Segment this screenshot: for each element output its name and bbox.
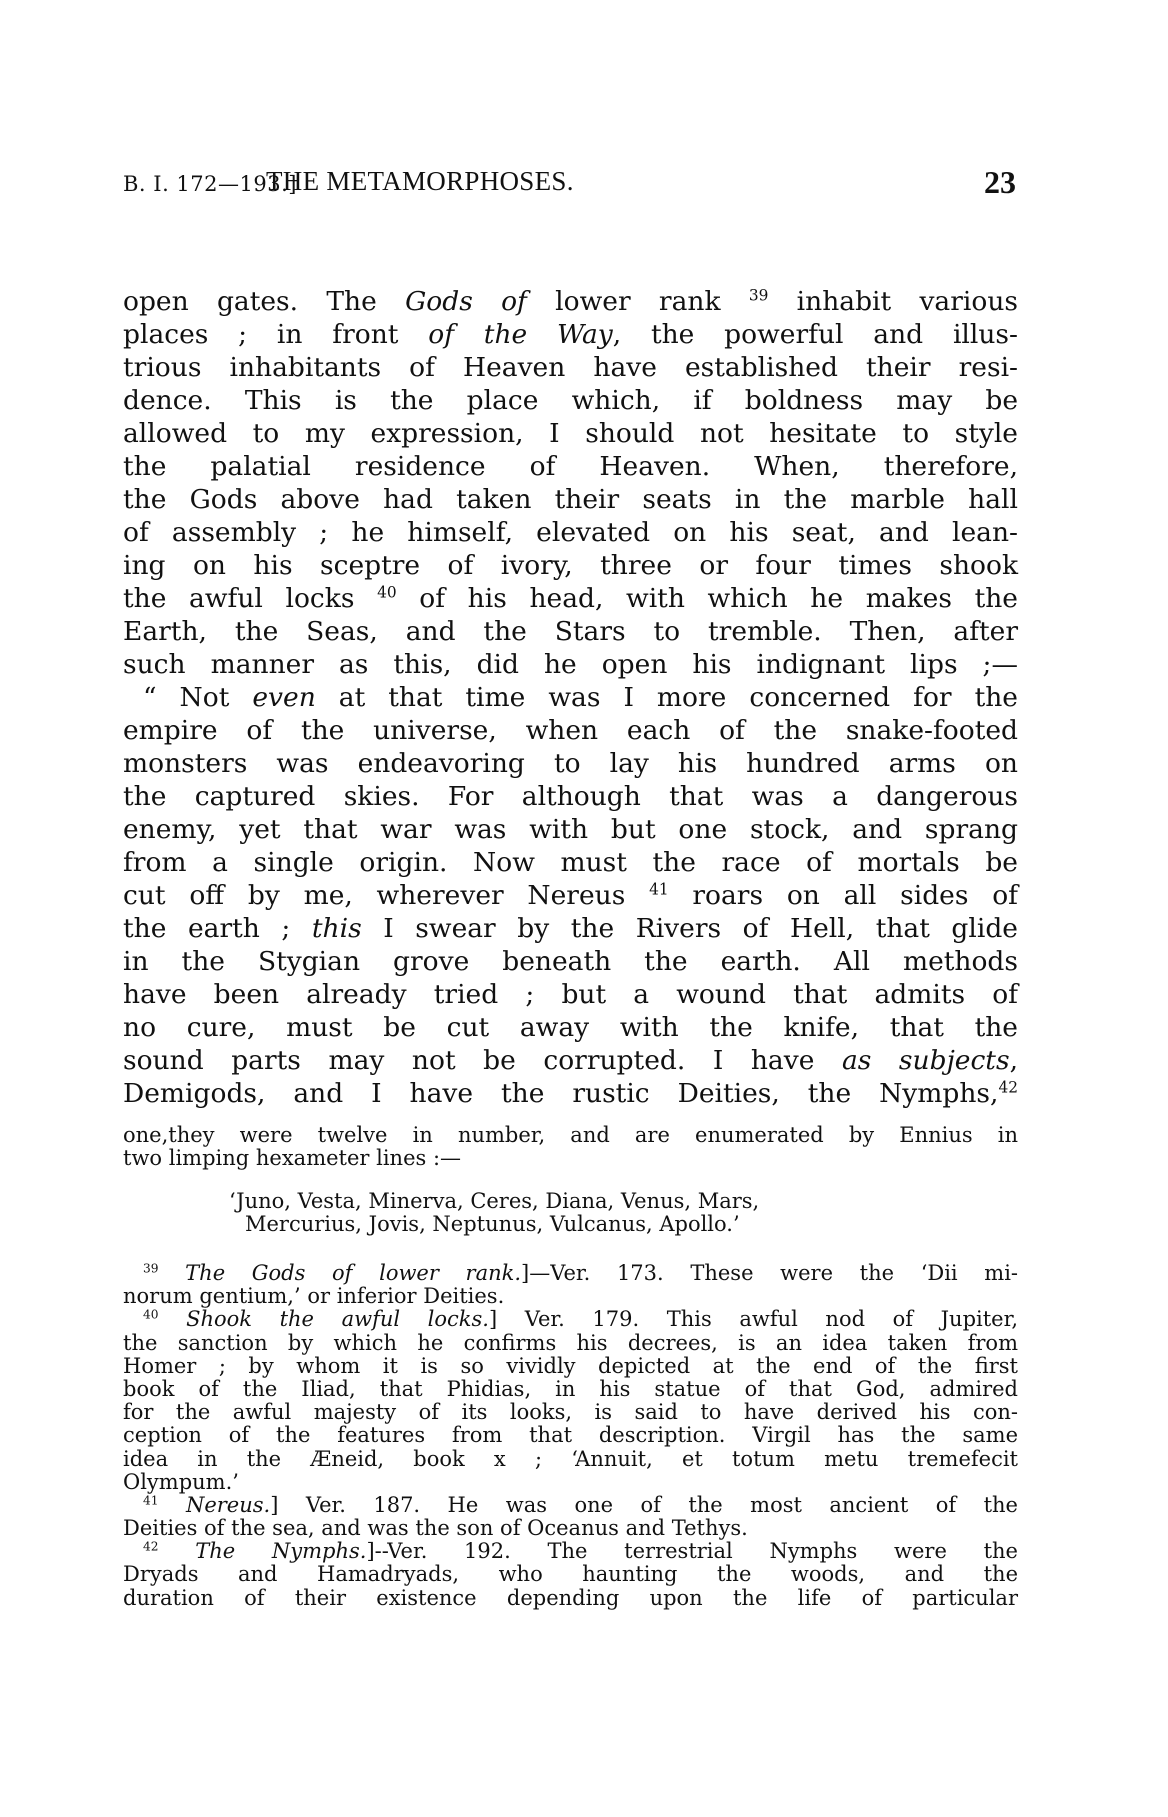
footnote-39: 39 The Gods of lower rank.]—Ver. 173. Th… <box>123 1262 1018 1308</box>
text-run: the Gods above had taken their seats in … <box>123 484 1018 515</box>
text-run: of his head, with which he makes the <box>397 583 1018 614</box>
footnote-line: the sanction by which he confirms his de… <box>123 1332 1018 1355</box>
text-run: at that time was I more concerned for th… <box>316 682 1018 713</box>
italic-text: Nereus. <box>186 1493 270 1517</box>
text-run: inhabit various <box>768 286 1018 317</box>
text-line: Demigods, and I have the rustic Deities,… <box>123 1077 1018 1110</box>
text-run: I swear by the Rivers of Hell, that glid… <box>362 913 1018 944</box>
italic-text: even <box>252 682 315 713</box>
main-text: open gates. The Gods of lower rank 39 in… <box>123 285 1018 1110</box>
text-run: roars on all sides of <box>669 880 1018 911</box>
text-run <box>159 1261 186 1285</box>
text-run: duration of their existence depending up… <box>123 1586 1018 1610</box>
text-run: Olympum.’ <box>123 1470 239 1494</box>
text-run <box>159 1539 196 1563</box>
text-line: such manner as this, did he open his ind… <box>123 648 1018 681</box>
footnote-line: Dryads and Hamadryads, who haunting the … <box>123 1563 1018 1586</box>
text-run: in the Stygian grove beneath the earth. … <box>123 946 1018 977</box>
text-run: open gates. The <box>123 286 405 317</box>
footnote-line: Deities of the sea, and was the son of O… <box>123 1517 1018 1540</box>
page-number: 23 <box>984 164 1016 201</box>
footnote-line: ception of the features from that descri… <box>123 1424 1018 1447</box>
text-run: empire of the universe, when each of the… <box>123 715 1018 746</box>
text-run: ]—Ver. 173. These were the ‘Dii mi- <box>521 1261 1018 1285</box>
italic-text: this <box>312 913 362 944</box>
text-line: sound parts may not be corrupted. I have… <box>123 1044 1018 1077</box>
footnote-line: 42 The Nymphs.]--Ver. 192. The terrestri… <box>123 1540 1018 1563</box>
text-run: Deities of the sea, and was the son of O… <box>123 1516 748 1540</box>
footnote-continuation-line: two limping hexameter lines :— <box>123 1147 1018 1170</box>
text-line: empire of the universe, when each of the… <box>123 714 1018 747</box>
text-run: the earth ; <box>123 913 312 944</box>
footnote-marker: 39 <box>143 1261 159 1275</box>
text-run: ]--Ver. 192. The terrestrial Nymphs were… <box>366 1539 1018 1563</box>
text-line: have been already tried ; but a wound th… <box>123 978 1018 1011</box>
footnote-line: 40 Shook the awful locks.] Ver. 179. Thi… <box>123 1308 1018 1331</box>
text-line: the Gods above had taken their seats in … <box>123 483 1018 516</box>
footnote-marker: 40 <box>377 583 397 601</box>
text-line: allowed to my expression, I should not h… <box>123 417 1018 450</box>
footnote-line: 41 Nereus.] Ver. 187. He was one of the … <box>123 1494 1018 1517</box>
text-run: idea in the Æneid, book x ; ‘Annuit, et … <box>123 1447 1018 1471</box>
footnote-marker: 41 <box>649 880 669 898</box>
running-title: THE METAMORPHOSES. <box>266 166 574 197</box>
text-run: have been already tried ; but a wound th… <box>123 979 1018 1010</box>
text-run: the palatial residence of Heaven. When, … <box>123 451 1018 482</box>
text-run: sound parts may not be corrupted. I have <box>123 1045 842 1076</box>
text-line: places ; in front of the Way, the powerf… <box>123 318 1018 351</box>
text-run: for the awful majesty of its looks, is s… <box>123 1400 1018 1424</box>
text-line: the awful locks 40 of his head, with whi… <box>123 582 1018 615</box>
text-run: the awful locks <box>123 583 377 614</box>
text-run: book of the Iliad, that Phidias, in his … <box>123 1377 1018 1401</box>
text-run: ing on his sceptre of ivory, three or fo… <box>123 550 1018 581</box>
footnote-marker: 42 <box>998 1078 1018 1096</box>
italic-text: The Gods of lower rank. <box>185 1261 521 1285</box>
text-line: ing on his sceptre of ivory, three or fo… <box>123 549 1018 582</box>
text-run: from a single origin. Now must the race … <box>123 847 1018 878</box>
text-line: Earth, the Seas, and the Stars to trembl… <box>123 615 1018 648</box>
text-run: lower rank <box>527 286 749 317</box>
text-line: monsters was endeavoring to lay his hund… <box>123 747 1018 780</box>
text-run: enemy, yet that war was with but one sto… <box>123 814 1018 845</box>
footnote-41: 41 Nereus.] Ver. 187. He was one of the … <box>123 1494 1018 1540</box>
footnote-marker: 42 <box>143 1540 159 1554</box>
verse-line: Mercurius, Jovis, Neptunus, Vulcanus, Ap… <box>229 1213 949 1236</box>
footnote-continuation-line: one,they were twelve in number, and are … <box>123 1124 1018 1147</box>
quoted-verse: ‘Juno, Vesta, Minerva, Ceres, Diana, Ven… <box>229 1190 949 1236</box>
text-run: such manner as this, did he open his ind… <box>123 649 1018 680</box>
verse-line: ‘Juno, Vesta, Minerva, Ceres, Diana, Ven… <box>229 1190 949 1213</box>
text-line: in the Stygian grove beneath the earth. … <box>123 945 1018 978</box>
text-line: the earth ; this I swear by the Rivers o… <box>123 912 1018 945</box>
italic-text: Shook the awful locks. <box>186 1307 489 1331</box>
text-line: no cure, must be cut away with the knife… <box>123 1011 1018 1044</box>
text-run: no cure, must be cut away with the knife… <box>123 1012 1018 1043</box>
text-line: cut off by me, wherever Nereus 41 roars … <box>123 879 1018 912</box>
text-line: of assembly ; he himself, elevated on hi… <box>123 516 1018 549</box>
text-line: the captured skies. For although that wa… <box>123 780 1018 813</box>
text-line: dence. This is the place which, if boldn… <box>123 384 1018 417</box>
text-line: enemy, yet that war was with but one sto… <box>123 813 1018 846</box>
text-run: of assembly ; he himself, elevated on hi… <box>123 517 1018 548</box>
footnote-line: Olympum.’ <box>123 1471 1018 1494</box>
footnote-continuation: one,they were twelve in number, and are … <box>123 1124 1018 1170</box>
footnote-line: 39 The Gods of lower rank.]—Ver. 173. Th… <box>123 1262 1018 1285</box>
italic-text: The Nymphs. <box>195 1539 366 1563</box>
italic-text: Gods of <box>405 286 527 317</box>
text-line: “ Not even at that time was I more conce… <box>123 681 1018 714</box>
text-run: allowed to my expression, I should not h… <box>123 418 1018 449</box>
text-run: norum gentium,’ or inferior Deities. <box>123 1284 504 1308</box>
footnote-line: idea in the Æneid, book x ; ‘Annuit, et … <box>123 1448 1018 1471</box>
text-run: , <box>1010 1045 1018 1076</box>
text-run: ] Ver. 179. This awful nod of Jupiter, <box>489 1307 1018 1331</box>
text-run: cut off by me, wherever Nereus <box>123 880 649 911</box>
italic-text: of the Way <box>428 319 613 350</box>
text-run: , the powerful and illus- <box>613 319 1018 350</box>
text-run: ception of the features from that descri… <box>123 1423 1018 1447</box>
footnote-marker: 39 <box>749 286 769 304</box>
text-line: trious inhabitants of Heaven have establ… <box>123 351 1018 384</box>
footnote-line: norum gentium,’ or inferior Deities. <box>123 1285 1018 1308</box>
footnote-40: 40 Shook the awful locks.] Ver. 179. Thi… <box>123 1308 1018 1494</box>
text-run: the sanction by which he confirms his de… <box>123 1331 1018 1355</box>
footnote-marker: 40 <box>143 1308 159 1322</box>
text-run: trious inhabitants of Heaven have establ… <box>123 352 1018 383</box>
running-header: B. I. 172—193.] THE METAMORPHOSES. 23 <box>123 160 1018 200</box>
italic-text: as subjects <box>842 1045 1010 1076</box>
text-line: from a single origin. Now must the race … <box>123 846 1018 879</box>
footnote-42: 42 The Nymphs.]--Ver. 192. The terrestri… <box>123 1540 1018 1610</box>
text-run: monsters was endeavoring to lay his hund… <box>123 748 1018 779</box>
text-run <box>159 1493 186 1517</box>
text-run: dence. This is the place which, if boldn… <box>123 385 1018 416</box>
footnotes: 39 The Gods of lower rank.]—Ver. 173. Th… <box>123 1262 1018 1610</box>
footnote-line: duration of their existence depending up… <box>123 1587 1018 1610</box>
text-run: Demigods, and I have the rustic Deities,… <box>123 1078 998 1109</box>
text-run: “ Not <box>143 682 252 713</box>
text-run: Homer ; by whom it is so vividly depicte… <box>123 1354 1018 1378</box>
text-run: the captured skies. For although that wa… <box>123 781 1018 812</box>
book-page: B. I. 172—193.] THE METAMORPHOSES. 23 op… <box>0 0 1168 1817</box>
text-line: the palatial residence of Heaven. When, … <box>123 450 1018 483</box>
text-line: open gates. The Gods of lower rank 39 in… <box>123 285 1018 318</box>
text-run: places ; in front <box>123 319 428 350</box>
footnote-line: book of the Iliad, that Phidias, in his … <box>123 1378 1018 1401</box>
text-run: ] Ver. 187. He was one of the most ancie… <box>270 1493 1018 1517</box>
footnote-line: Homer ; by whom it is so vividly depicte… <box>123 1355 1018 1378</box>
footnote-marker: 41 <box>143 1493 159 1507</box>
text-run <box>159 1307 187 1331</box>
text-run: Earth, the Seas, and the Stars to trembl… <box>123 616 1018 647</box>
text-run: Dryads and Hamadryads, who haunting the … <box>123 1562 1018 1586</box>
footnote-line: for the awful majesty of its looks, is s… <box>123 1401 1018 1424</box>
